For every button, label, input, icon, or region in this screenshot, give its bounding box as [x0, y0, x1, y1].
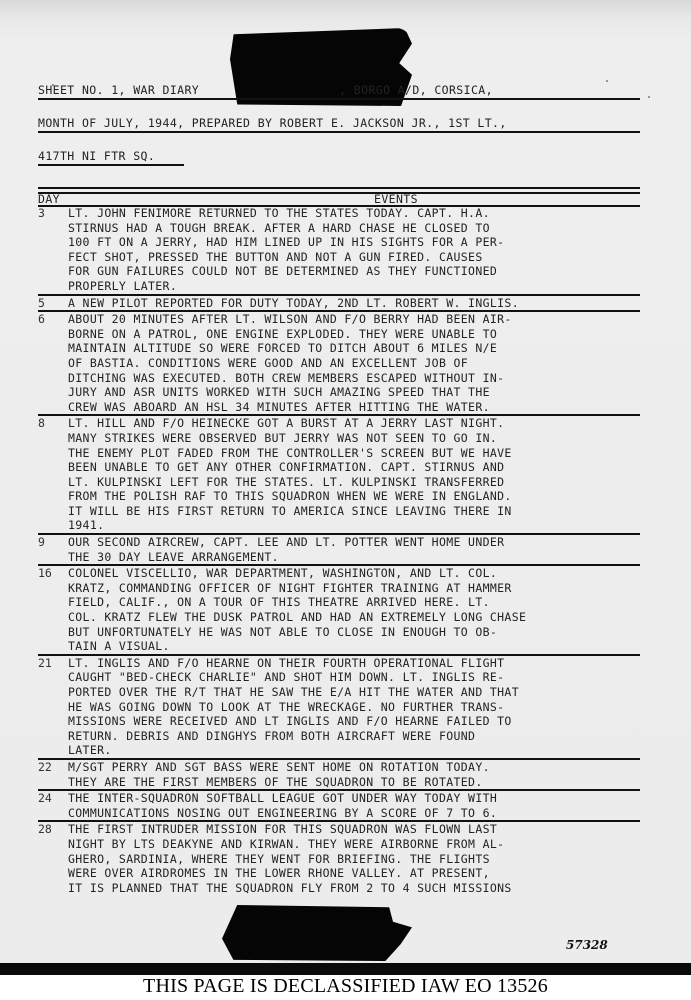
entry-day: 21: [38, 656, 68, 671]
entry-text: M/SGT PERRY AND SGT BASS WERE SENT HOME …: [68, 760, 640, 789]
entry-day: 16: [38, 566, 68, 581]
table-top-rule-2: [38, 192, 640, 194]
entry-text: LT. JOHN FENIMORE RETURNED TO THE STATES…: [68, 206, 640, 294]
entry-day: 24: [38, 791, 68, 806]
diary-entry: 28THE FIRST INTRUDER MISSION FOR THIS SQ…: [38, 822, 640, 895]
entry-text: OUR SECOND AIRCREW, CAPT. LEE AND LT. PO…: [68, 535, 640, 564]
diary-entry: 22M/SGT PERRY AND SGT BASS WERE SENT HOM…: [38, 760, 640, 791]
table-top-rule: [38, 187, 640, 189]
entry-text: THE FIRST INTRUDER MISSION FOR THIS SQUA…: [68, 822, 640, 895]
declassification-footer: THIS PAGE IS DECLASSIFIED IAW EO 13526: [0, 975, 691, 998]
entry-text: A NEW PILOT REPORTED FOR DUTY TODAY, 2ND…: [68, 296, 640, 311]
entry-day: 5: [38, 296, 68, 311]
header-line-3: 417TH NI FTR SQ.: [38, 149, 184, 166]
entry-day: 8: [38, 416, 68, 431]
entry-day: 28: [38, 822, 68, 837]
entry-text: LT. INGLIS AND F/O HEARNE ON THEIR FOURT…: [68, 656, 640, 758]
diary-entry: 24THE INTER-SQUADRON SOFTBALL LEAGUE GOT…: [38, 791, 640, 822]
header-line-1-right: , BORGO A/D, CORSICA,: [339, 83, 493, 97]
diary-entry: 16COLONEL VISCELLIO, WAR DEPARTMENT, WAS…: [38, 566, 640, 656]
column-header-events: EVENTS: [374, 192, 418, 206]
entry-day: 9: [38, 535, 68, 550]
entry-text: THE INTER-SQUADRON SOFTBALL LEAGUE GOT U…: [68, 791, 640, 820]
header-line-1-left: SHEET NO. 1, WAR DIARY: [38, 83, 199, 97]
column-header-day: DAY: [38, 192, 60, 206]
entry-text: COLONEL VISCELLIO, WAR DEPARTMENT, WASHI…: [68, 566, 640, 654]
document-page: SHEET NO. 1, WAR DIARY, BORGO A/D, CORSI…: [0, 0, 691, 968]
diary-entry: 21LT. INGLIS AND F/O HEARNE ON THEIR FOU…: [38, 656, 640, 760]
header-line-2: MONTH OF JULY, 1944, PREPARED BY ROBERT …: [38, 116, 640, 133]
serial-number: 57328: [566, 938, 608, 952]
diary-entries: 3LT. JOHN FENIMORE RETURNED TO THE STATE…: [38, 206, 640, 895]
diary-entry: 3LT. JOHN FENIMORE RETURNED TO THE STATE…: [38, 206, 640, 296]
entry-text: ABOUT 20 MINUTES AFTER LT. WILSON AND F/…: [68, 312, 640, 414]
diary-entry: 5A NEW PILOT REPORTED FOR DUTY TODAY, 2N…: [38, 296, 640, 313]
diary-entry: 9OUR SECOND AIRCREW, CAPT. LEE AND LT. P…: [38, 535, 640, 566]
redaction-block-bottom: [222, 905, 412, 961]
entry-day: 22: [38, 760, 68, 775]
scan-edge: [0, 963, 691, 975]
diary-entry: 6ABOUT 20 MINUTES AFTER LT. WILSON AND F…: [38, 312, 640, 416]
diary-entry: 8LT. HILL AND F/O HEINECKE GOT A BURST A…: [38, 416, 640, 535]
header-line-1: SHEET NO. 1, WAR DIARY, BORGO A/D, CORSI…: [38, 83, 640, 100]
entry-text: LT. HILL AND F/O HEINECKE GOT A BURST AT…: [68, 416, 640, 533]
entry-day: 6: [38, 312, 68, 327]
entry-day: 3: [38, 206, 68, 221]
